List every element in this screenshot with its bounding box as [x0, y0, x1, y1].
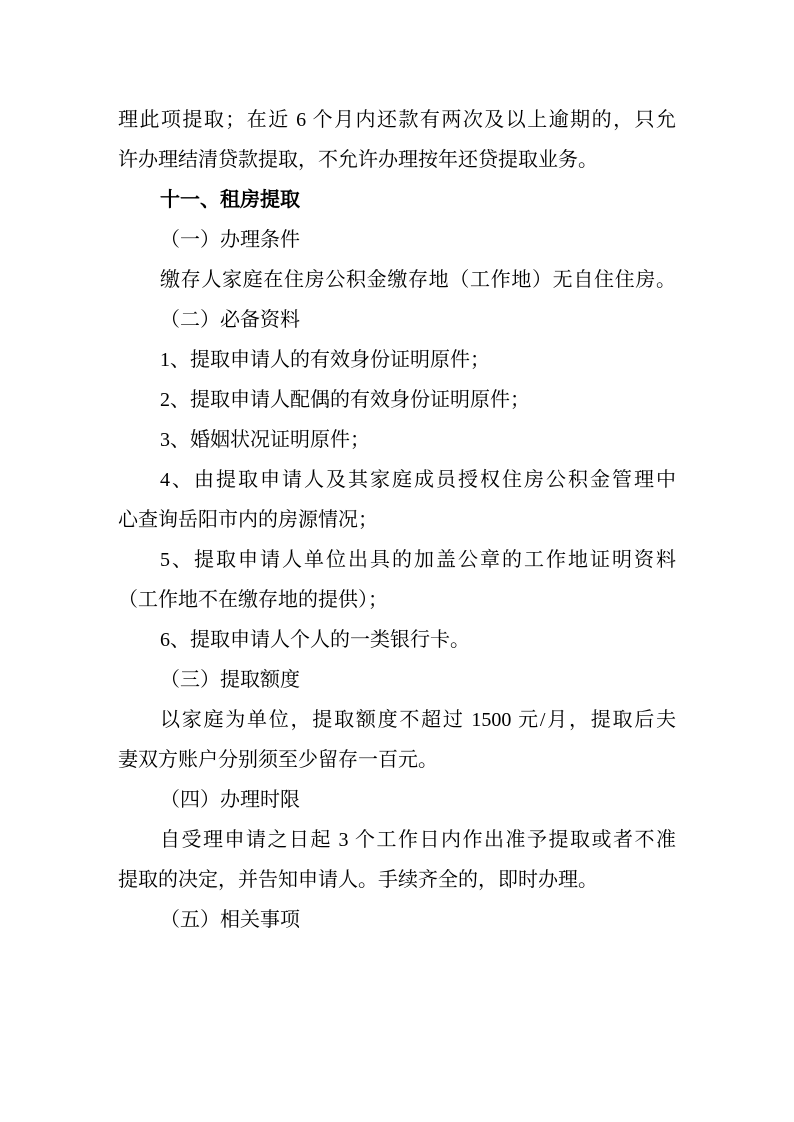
text-line: （二）必备资料 — [118, 300, 676, 340]
text-line: （四）办理时限 — [118, 780, 676, 820]
text-line: 2、提取申请人配偶的有效身份证明原件； — [118, 380, 676, 420]
text-line: 妻双方账户分别须至少留存一百元。 — [118, 740, 676, 780]
text-line: 自受理申请之日起 3 个工作日内作出准予提取或者不准 — [118, 820, 676, 860]
text-line: 许办理结清贷款提取，不允许办理按年还贷提取业务。 — [118, 140, 676, 180]
text-line: （五）相关事项 — [118, 900, 676, 940]
text-line: （三）提取额度 — [118, 660, 676, 700]
section-heading: 十一、租房提取 — [118, 180, 676, 220]
document-page: 理此项提取；在近 6 个月内还款有两次及以上逾期的，只允许办理结清贷款提取，不允… — [0, 0, 794, 1122]
text-line: 心查询岳阳市内的房源情况； — [118, 500, 676, 540]
text-line: 4、由提取申请人及其家庭成员授权住房公积金管理中 — [118, 460, 676, 500]
text-line: 缴存人家庭在住房公积金缴存地（工作地）无自住住房。 — [118, 260, 676, 300]
text-line: 提取的决定，并告知申请人。手续齐全的，即时办理。 — [118, 860, 676, 900]
text-line: 理此项提取；在近 6 个月内还款有两次及以上逾期的，只允 — [118, 100, 676, 140]
document-body: 理此项提取；在近 6 个月内还款有两次及以上逾期的，只允许办理结清贷款提取，不允… — [118, 100, 676, 940]
text-line: 5、提取申请人单位出具的加盖公章的工作地证明资料 — [118, 540, 676, 580]
text-line: （一）办理条件 — [118, 220, 676, 260]
text-line: 6、提取申请人个人的一类银行卡。 — [118, 620, 676, 660]
text-line: 以家庭为单位，提取额度不超过 1500 元/月，提取后夫 — [118, 700, 676, 740]
text-line: 3、婚姻状况证明原件； — [118, 420, 676, 460]
text-line: （工作地不在缴存地的提供）； — [118, 580, 676, 620]
text-line: 1、提取申请人的有效身份证明原件； — [118, 340, 676, 380]
